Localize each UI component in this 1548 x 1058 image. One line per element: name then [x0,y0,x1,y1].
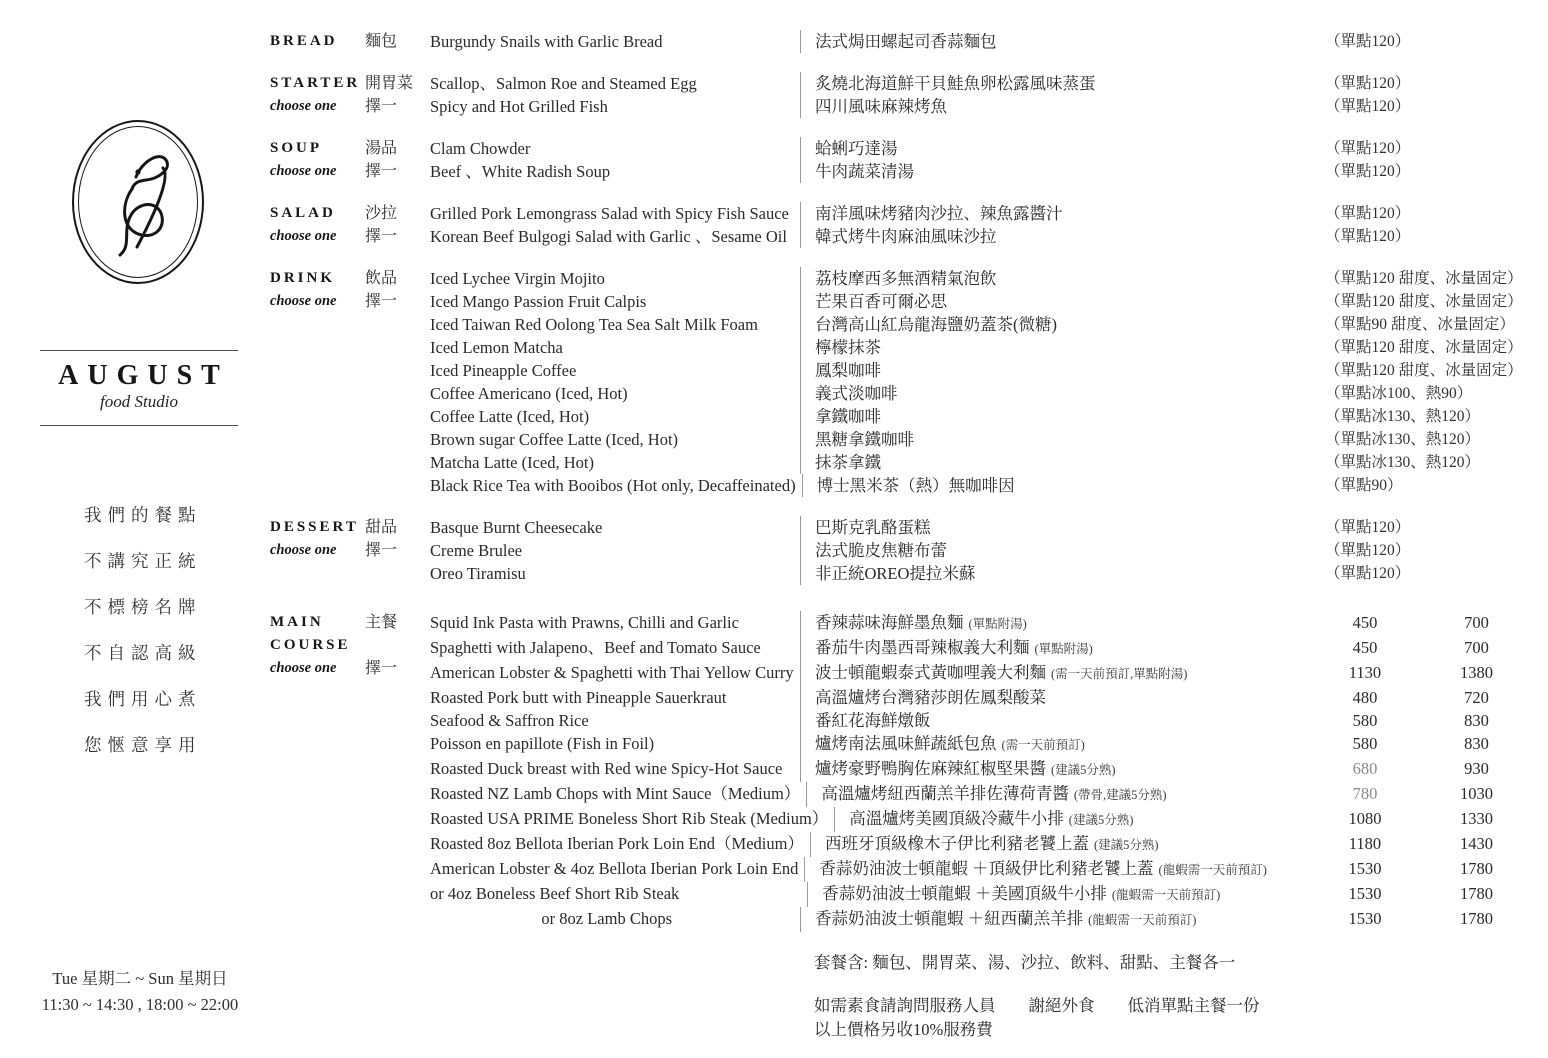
menu-item-row: American Lobster & Spaghetti with Thai Y… [430,661,1548,686]
item-zh-note: (帶骨,建議5分熟) [1074,788,1167,802]
signature-icon [92,141,184,263]
menu-item-row: Brown sugar Coffee Latte (Iced, Hot)黑糖拿鐵… [430,428,1548,451]
item-name-zh-text: 高溫爐烤美國頂級冷藏牛小排 [849,809,1064,828]
section-label: SALADchoose one沙拉擇一 [270,202,430,248]
item-price-note: （單點90） [1325,474,1548,497]
section-title: MAIN [270,611,365,634]
item-name-zh: 爐烤南法風味鮮蔬紙包魚(需一天前預訂) [800,732,1325,757]
item-name-zh: 黑糖拿鐵咖啡 [800,428,1325,451]
item-name-zh: 檸檬抹茶 [800,336,1325,359]
choose-one-label: choose one [270,160,365,183]
item-name-zh: 義式淡咖啡 [800,382,1325,405]
item-name-en: Clam Chowder [430,137,800,160]
item-price-note: （單點120） [1325,160,1548,183]
price-set: 720 [1405,686,1548,709]
item-name-zh-text: 蛤蜊巧達湯 [815,139,898,158]
item-name-zh: 荔枝摩西多無酒精氣泡飲 [800,267,1325,290]
item-name-zh-text: 義式淡咖啡 [815,384,898,403]
item-name-en: Poisson en papillote (Fish in Foil) [430,732,800,757]
item-price-note: （單點120 甜度、冰量固定） [1325,290,1548,313]
item-zh-note: (單點附湯) [969,617,1027,631]
choose-one-label: choose one [270,95,365,118]
item-name-en: Iced Pineapple Coffee [430,359,800,382]
price-single: 480 [1325,686,1405,709]
item-zh-note: (龍蝦需一天前預訂) [1088,913,1196,927]
item-name-zh: 波士頓龍蝦泰式黃咖哩義大利麵(需一天前預訂,單點附湯) [800,661,1325,686]
item-zh-note: (需一天前預訂,單點附湯) [1051,667,1187,681]
item-name-zh-text: 香辣蒜味海鮮墨魚麵 [815,613,964,632]
slogan-line: 不講究正統 [84,549,202,595]
menu-item-row: Squid Ink Pasta with Prawns, Chilli and … [430,611,1548,636]
menu-section-soup: SOUPchoose one湯品擇一Clam Chowder蛤蜊巧達湯（單點12… [270,137,1548,183]
brand-name: AUGUST [40,361,238,391]
item-price-note: （單點120） [1325,72,1548,95]
section-items: Basque Burnt Cheesecake巴斯克乳酪蛋糕（單點120）Cre… [430,516,1548,585]
item-name-zh-text: 牛肉蔬菜清湯 [815,162,914,181]
item-name-en: Basque Burnt Cheesecake [430,516,800,539]
item-name-zh: 法式焗田螺起司香蒜麵包 [800,30,1325,53]
item-zh-note: (建議5分熟) [1051,763,1116,777]
item-name-zh-text: 波士頓龍蝦泰式黃咖哩義大利麵 [815,663,1046,682]
item-price-note: （單點冰130、熱120） [1325,405,1548,428]
section-title: SALAD [270,202,365,225]
item-name-en: Coffee Latte (Iced, Hot) [430,405,800,428]
price-single: 1130 [1325,661,1405,686]
choose-one-label: choose one [270,539,365,562]
section-label-zh: 甜品擇一 [365,516,430,585]
section-title: BREAD [270,30,365,53]
section-label-en: STARTERchoose one [270,72,365,118]
item-name-zh-text: 檸檬抹茶 [815,338,881,357]
item-name-en: Spaghetti with Jalapeno、Beef and Tomato … [430,636,800,661]
item-name-zh-text: 爐烤南法風味鮮蔬紙包魚 [815,734,997,753]
menu-item-row: Coffee Latte (Iced, Hot)拿鐵咖啡（單點冰130、熱120… [430,405,1548,428]
item-name-zh-text: 黑糖拿鐵咖啡 [815,430,914,449]
section-label-zh: 主餐擇一 [365,611,430,932]
item-zh-note: (建議5分熟) [1094,838,1159,852]
menu-item-row: Roasted USA PRIME Boneless Short Rib Ste… [430,807,1548,832]
menu-footer: 套餐含: 麵包、開胃菜、湯、沙拉、飲料、甜點、主餐各一 如需素食請詢問服務人員 … [814,951,1548,1042]
item-name-en: Iced Taiwan Red Oolong Tea Sea Salt Milk… [430,313,800,336]
price-single: 780 [1325,782,1405,807]
menu-item-row: Roasted 8oz Bellota Iberian Pork Loin En… [430,832,1548,857]
menu-item-row: Poisson en papillote (Fish in Foil)爐烤南法風… [430,732,1548,757]
item-name-zh-text: 香蒜奶油波士頓龍蝦 ＋美國頂級牛小排 [822,884,1107,903]
item-name-zh-text: 鳳梨咖啡 [815,361,881,380]
item-price-note: （單點冰100、熱90） [1325,382,1548,405]
item-name-zh: 炙燒北海道鮮干貝鮭魚卵松露風味蒸蛋 [800,72,1325,95]
service-note-line: 以上價格另收10%服務費 [814,1018,1548,1042]
section-label: BREAD麵包 [270,30,430,53]
item-name-zh-text: 抹茶拿鐵 [815,453,881,472]
item-name-zh: 爐烤豪野鴨胸佐麻辣紅椒堅果醬(建議5分熟) [800,757,1325,782]
item-name-en: or 8oz Lamb Chops [430,907,800,932]
section-label-en: BREAD [270,30,365,53]
price-single: 580 [1325,732,1405,757]
choose-one-label-zh: 擇一 [365,95,430,118]
section-label: SOUPchoose one湯品擇一 [270,137,430,183]
item-name-zh: 拿鐵咖啡 [800,405,1325,428]
section-title-zh: 飲品 [365,267,430,290]
item-price-note: （單點120 甜度、冰量固定） [1325,336,1548,359]
section-label-zh: 開胃菜擇一 [365,72,430,118]
item-name-zh-text: 番茄牛肉墨西哥辣椒義大利麵 [815,638,1030,657]
item-name-en: Grilled Pork Lemongrass Salad with Spicy… [430,202,800,225]
section-title: DESSERT [270,516,365,539]
menu-item-row: Black Rice Tea with Booibos (Hot only, D… [430,474,1548,497]
item-name-en: Creme Brulee [430,539,800,562]
item-name-zh: 高溫爐烤紐西蘭羔羊排佐薄荷青醬(帶骨,建議5分熟) [806,782,1325,807]
section-label-zh: 麵包 [365,30,430,53]
section-label-en: DESSERTchoose one [270,516,365,585]
item-name-zh: 西班牙頂級橡木子伊比利豬老饕上蓋(建議5分熟) [810,832,1325,857]
section-label-zh: 沙拉擇一 [365,202,430,248]
choose-one-label: choose one [270,290,365,313]
menu-item-row: American Lobster & 4oz Bellota Iberian P… [430,857,1548,882]
section-title-zh: 湯品 [365,137,430,160]
menu-item-row: Iced Taiwan Red Oolong Tea Sea Salt Milk… [430,313,1548,336]
logo-oval-inner [78,126,198,278]
menu-section-dessert: DESSERTchoose one甜品擇一Basque Burnt Cheese… [270,516,1548,585]
item-name-zh: 香蒜奶油波士頓龍蝦 ＋頂級伊比利豬老饕上蓋(龍蝦需一天前預訂) [804,857,1325,882]
item-name-zh-text: 番紅花海鮮燉飯 [815,711,931,730]
item-price-note: （單點冰130、熱120） [1325,428,1548,451]
item-name-zh: 博士黑米茶（熱）無咖啡因 [802,474,1325,497]
item-name-en: Korean Beef Bulgogi Salad with Garlic 、S… [430,225,800,248]
item-name-zh-text: 荔枝摩西多無酒精氣泡飲 [815,269,997,288]
price-set: 1780 [1405,882,1548,907]
price-set: 1780 [1405,907,1548,932]
item-name-zh-text: 四川風味麻辣烤魚 [815,97,947,116]
section-title-zh: 沙拉 [365,202,430,225]
item-zh-note: (建議5分熟) [1069,813,1134,827]
item-price-note: （單點120） [1325,562,1548,585]
item-zh-note: (龍蝦需一天前預訂) [1159,863,1267,877]
item-name-zh-text: 法式焗田螺起司香蒜麵包 [815,32,997,51]
section-items: Iced Lychee Virgin Mojito荔枝摩西多無酒精氣泡飲（單點1… [430,267,1548,497]
label-spacer [365,634,430,657]
item-name-zh: 芒果百香可爾必思 [800,290,1325,313]
section-items: Clam Chowder蛤蜊巧達湯（單點120）Beef 、White Radi… [430,137,1548,183]
item-name-zh-text: 香蒜奶油波士頓龍蝦 ＋紐西蘭羔羊排 [815,909,1083,928]
slogan-line: 不自認高級 [84,641,202,687]
item-name-en: Iced Lemon Matcha [430,336,800,359]
item-name-zh-text: 高溫爐烤紐西蘭羔羊排佐薄荷青醬 [821,784,1069,803]
item-name-en: Roasted NZ Lamb Chops with Mint Sauce（Me… [430,782,806,807]
menu-item-row: Matcha Latte (Iced, Hot)抹茶拿鐵（單點冰130、熱120… [430,451,1548,474]
logo-oval [72,120,204,284]
menu-section-bread: BREAD麵包Burgundy Snails with Garlic Bread… [270,30,1548,53]
item-name-zh-text: 爐烤豪野鴨胸佐麻辣紅椒堅果醬 [815,759,1046,778]
section-title-zh: 麵包 [365,30,430,53]
item-name-en: Beef 、White Radish Soup [430,160,800,183]
section-label: DESSERTchoose one甜品擇一 [270,516,430,585]
item-name-zh: 番茄牛肉墨西哥辣椒義大利麵(單點附湯) [800,636,1325,661]
slogan-list: 我們的餐點 不講究正統 不標榜名牌 不自認高級 我們用心煮 您愜意享用 [84,503,202,779]
item-price-note: （單點120 甜度、冰量固定） [1325,359,1548,382]
item-name-en: Roasted USA PRIME Boneless Short Rib Ste… [430,807,834,832]
menu-item-row: Scallop、Salmon Roe and Steamed Egg炙燒北海道鮮… [430,72,1548,95]
item-price-note: （單點120） [1325,30,1548,53]
menu-item-row: Spicy and Hot Grilled Fish四川風味麻辣烤魚（單點120… [430,95,1548,118]
menu-body: BREAD麵包Burgundy Snails with Garlic Bread… [270,30,1548,1042]
item-zh-note: (龍蝦需一天前預訂) [1112,888,1220,902]
item-name-en: Black Rice Tea with Booibos (Hot only, D… [430,474,802,497]
item-name-zh-text: 西班牙頂級橡木子伊比利豬老饕上蓋 [825,834,1089,853]
item-name-en: Seafood & Saffron Rice [430,709,800,732]
section-items: Squid Ink Pasta with Prawns, Chilli and … [430,611,1548,932]
item-name-zh: 抹茶拿鐵 [800,451,1325,474]
menu-section-drink: DRINKchoose one飲品擇一Iced Lychee Virgin Mo… [270,267,1548,497]
price-set: 830 [1405,709,1548,732]
menu-item-row: Beef 、White Radish Soup牛肉蔬菜清湯（單點120） [430,160,1548,183]
menu-item-row: Coffee Americano (Iced, Hot)義式淡咖啡（單點冰100… [430,382,1548,405]
price-single: 680 [1325,757,1405,782]
section-title: COURSE [270,634,365,657]
slogan-line: 您愜意享用 [84,733,202,779]
item-name-zh-text: 博士黑米茶（熱）無咖啡因 [817,476,1015,495]
section-items: Grilled Pork Lemongrass Salad with Spicy… [430,202,1548,248]
item-name-en: American Lobster & 4oz Bellota Iberian P… [430,857,804,882]
price-single: 580 [1325,709,1405,732]
service-note-line: 如需素食請詢問服務人員 謝絕外食 低消單點主餐一份 [814,994,1548,1018]
item-name-zh: 法式脆皮焦糖布蕾 [800,539,1325,562]
menu-item-row: Creme Brulee法式脆皮焦糖布蕾（單點120） [430,539,1548,562]
item-name-en: Brown sugar Coffee Latte (Iced, Hot) [430,428,800,451]
item-name-zh: 台灣高山紅烏龍海鹽奶蓋茶(微糖) [800,313,1325,336]
choose-one-label-zh: 擇一 [365,539,430,562]
section-label-zh: 飲品擇一 [365,267,430,497]
menu-item-row: Basque Burnt Cheesecake巴斯克乳酪蛋糕（單點120） [430,516,1548,539]
section-label-en: DRINKchoose one [270,267,365,497]
item-name-zh: 高溫爐烤美國頂級冷藏牛小排(建議5分熟) [834,807,1325,832]
section-title-zh: 開胃菜 [365,72,430,95]
item-name-zh-text: 高溫爐烤台灣豬莎朗佐鳳梨酸菜 [815,688,1046,707]
item-name-zh: 香辣蒜味海鮮墨魚麵(單點附湯) [800,611,1325,636]
item-price-note: （單點90 甜度、冰量固定） [1325,313,1548,336]
menu-item-row: Roasted NZ Lamb Chops with Mint Sauce（Me… [430,782,1548,807]
item-name-en: Scallop、Salmon Roe and Steamed Egg [430,72,800,95]
menu-item-row: or 8oz Lamb Chops香蒜奶油波士頓龍蝦 ＋紐西蘭羔羊排(龍蝦需一天… [430,907,1548,932]
item-name-zh: 韓式烤牛肉麻油風味沙拉 [800,225,1325,248]
slogan-line: 我們用心煮 [84,687,202,733]
section-items: Burgundy Snails with Garlic Bread法式焗田螺起司… [430,30,1548,53]
slogan-line: 不標榜名牌 [84,595,202,641]
menu-item-row: Clam Chowder蛤蜊巧達湯（單點120） [430,137,1548,160]
item-name-zh-text: 拿鐵咖啡 [815,407,881,426]
section-label: MAINCOURSEchoose one主餐擇一 [270,611,430,932]
item-name-en: Spicy and Hot Grilled Fish [430,95,800,118]
menu-item-row: Korean Beef Bulgogi Salad with Garlic 、S… [430,225,1548,248]
menu-item-row: Roasted Duck breast with Red wine Spicy-… [430,757,1548,782]
item-name-zh-text: 台灣高山紅烏龍海鹽奶蓋茶(微糖) [815,315,1057,334]
price-set: 700 [1405,611,1548,636]
choose-one-label-zh: 擇一 [365,657,430,680]
menu-page: AUGUST food Studio 我們的餐點 不講究正統 不標榜名牌 不自認… [0,0,1548,1058]
price-single: 1080 [1325,807,1405,832]
item-name-zh: 蛤蜊巧達湯 [800,137,1325,160]
price-set: 1430 [1405,832,1548,857]
menu-item-row: Burgundy Snails with Garlic Bread法式焗田螺起司… [430,30,1548,53]
item-name-zh-text: 炙燒北海道鮮干貝鮭魚卵松露風味蒸蛋 [815,74,1096,93]
slogan-line: 我們的餐點 [84,503,202,549]
item-zh-note: (單點附湯) [1035,642,1093,656]
price-single: 450 [1325,611,1405,636]
section-title-zh: 主餐 [365,611,430,634]
item-price-note: （單點120） [1325,137,1548,160]
item-name-zh: 非正統OREO提拉米蘇 [800,562,1325,585]
menu-section-salad: SALADchoose one沙拉擇一Grilled Pork Lemongra… [270,202,1548,248]
price-set: 1330 [1405,807,1548,832]
section-label: STARTERchoose one開胃菜擇一 [270,72,430,118]
menu-item-row: Iced Pineapple Coffee鳳梨咖啡（單點120 甜度、冰量固定） [430,359,1548,382]
choose-one-label: choose one [270,657,365,680]
item-name-en: Burgundy Snails with Garlic Bread [430,30,800,53]
item-name-en: Iced Mango Passion Fruit Calpis [430,290,800,313]
item-name-en: Coffee Americano (Iced, Hot) [430,382,800,405]
section-label-en: SOUPchoose one [270,137,365,183]
price-single: 1530 [1325,857,1405,882]
item-name-en: Matcha Latte (Iced, Hot) [430,451,800,474]
item-name-zh: 南洋風味烤豬肉沙拉、辣魚露醬汁 [800,202,1325,225]
item-name-en: Oreo Tiramisu [430,562,800,585]
item-name-en: Roasted Pork butt with Pineapple Sauerkr… [430,686,800,709]
set-meal-note: 套餐含: 麵包、開胃菜、湯、沙拉、飲料、甜點、主餐各一 [814,951,1548,974]
section-label-en: SALADchoose one [270,202,365,248]
menu-item-row: Spaghetti with Jalapeno、Beef and Tomato … [430,636,1548,661]
menu-sections: BREAD麵包Burgundy Snails with Garlic Bread… [270,30,1548,932]
section-title-zh: 甜品 [365,516,430,539]
item-name-zh: 巴斯克乳酪蛋糕 [800,516,1325,539]
price-set: 1380 [1405,661,1548,686]
section-items: Scallop、Salmon Roe and Steamed Egg炙燒北海道鮮… [430,72,1548,118]
item-name-zh: 四川風味麻辣烤魚 [800,95,1325,118]
item-name-zh-text: 香蒜奶油波士頓龍蝦 ＋頂級伊比利豬老饕上蓋 [819,859,1153,878]
service-notes: 如需素食請詢問服務人員 謝絕外食 低消單點主餐一份 以上價格另收10%服務費 [814,994,1548,1042]
item-zh-note: (需一天前預訂) [1002,738,1085,752]
item-name-zh: 香蒜奶油波士頓龍蝦 ＋紐西蘭羔羊排(龍蝦需一天前預訂) [800,907,1325,932]
section-label: DRINKchoose one飲品擇一 [270,267,430,497]
section-title: DRINK [270,267,365,290]
item-name-zh: 牛肉蔬菜清湯 [800,160,1325,183]
menu-item-row: Grilled Pork Lemongrass Salad with Spicy… [430,202,1548,225]
price-set: 1780 [1405,857,1548,882]
item-name-zh-text: 巴斯克乳酪蛋糕 [815,518,931,537]
price-single: 1530 [1325,907,1405,932]
item-name-zh-text: 非正統OREO提拉米蘇 [815,564,975,583]
choose-one-label: choose one [270,225,365,248]
menu-section-main: MAINCOURSEchoose one主餐擇一Squid Ink Pasta … [270,611,1548,932]
price-set: 930 [1405,757,1548,782]
item-name-en: Squid Ink Pasta with Prawns, Chilli and … [430,611,800,636]
item-name-zh: 番紅花海鮮燉飯 [800,709,1325,732]
item-price-note: （單點120 甜度、冰量固定） [1325,267,1548,290]
opening-times: 11:30 ~ 14:30 , 18:00 ~ 22:00 [10,992,270,1018]
price-single: 450 [1325,636,1405,661]
item-price-note: （單點120） [1325,202,1548,225]
choose-one-label-zh: 擇一 [365,160,430,183]
menu-section-starter: STARTERchoose one開胃菜擇一Scallop、Salmon Roe… [270,72,1548,118]
brand-block: AUGUST food Studio [40,350,238,426]
brand-subtitle: food Studio [40,391,238,413]
left-rail: AUGUST food Studio 我們的餐點 不講究正統 不標榜名牌 不自認… [0,0,270,1058]
opening-hours: Tue 星期二 ~ Sun 星期日 11:30 ~ 14:30 , 18:00 … [10,966,270,1018]
section-title: SOUP [270,137,365,160]
menu-item-row: Roasted Pork butt with Pineapple Sauerkr… [430,686,1548,709]
section-label-en: MAINCOURSEchoose one [270,611,365,932]
menu-item-row: Iced Mango Passion Fruit Calpis芒果百香可爾必思（… [430,290,1548,313]
menu-item-row: Seafood & Saffron Rice番紅花海鮮燉飯580830 [430,709,1548,732]
menu-item-row: or 4oz Boneless Beef Short Rib Steak香蒜奶油… [430,882,1548,907]
section-title: STARTER [270,72,365,95]
item-name-zh-text: 芒果百香可爾必思 [815,292,947,311]
price-single: 1530 [1325,882,1405,907]
item-price-note: （單點120） [1325,95,1548,118]
menu-item-row: Oreo Tiramisu非正統OREO提拉米蘇（單點120） [430,562,1548,585]
item-name-zh-text: 法式脆皮焦糖布蕾 [815,541,947,560]
item-price-note: （單點冰130、熱120） [1325,451,1548,474]
item-name-zh: 鳳梨咖啡 [800,359,1325,382]
section-label-zh: 湯品擇一 [365,137,430,183]
choose-one-label-zh: 擇一 [365,225,430,248]
item-name-en: American Lobster & Spaghetti with Thai Y… [430,661,800,686]
opening-days: Tue 星期二 ~ Sun 星期日 [10,966,270,992]
choose-one-label-zh: 擇一 [365,290,430,313]
item-name-zh-text: 南洋風味烤豬肉沙拉、辣魚露醬汁 [815,204,1063,223]
price-single: 1180 [1325,832,1405,857]
item-name-en: Roasted 8oz Bellota Iberian Pork Loin En… [430,832,810,857]
item-name-en: Roasted Duck breast with Red wine Spicy-… [430,757,800,782]
menu-item-row: Iced Lemon Matcha檸檬抹茶（單點120 甜度、冰量固定） [430,336,1548,359]
item-name-zh: 高溫爐烤台灣豬莎朗佐鳳梨酸菜 [800,686,1325,709]
price-set: 700 [1405,636,1548,661]
item-price-note: （單點120） [1325,539,1548,562]
item-name-zh: 香蒜奶油波士頓龍蝦 ＋美國頂級牛小排(龍蝦需一天前預訂) [807,882,1325,907]
item-price-note: （單點120） [1325,225,1548,248]
item-name-en: or 4oz Boneless Beef Short Rib Steak [430,882,807,907]
item-name-zh-text: 韓式烤牛肉麻油風味沙拉 [815,227,997,246]
menu-item-row: Iced Lychee Virgin Mojito荔枝摩西多無酒精氣泡飲（單點1… [430,267,1548,290]
price-set: 830 [1405,732,1548,757]
item-price-note: （單點120） [1325,516,1548,539]
price-set: 1030 [1405,782,1548,807]
item-name-en: Iced Lychee Virgin Mojito [430,267,800,290]
